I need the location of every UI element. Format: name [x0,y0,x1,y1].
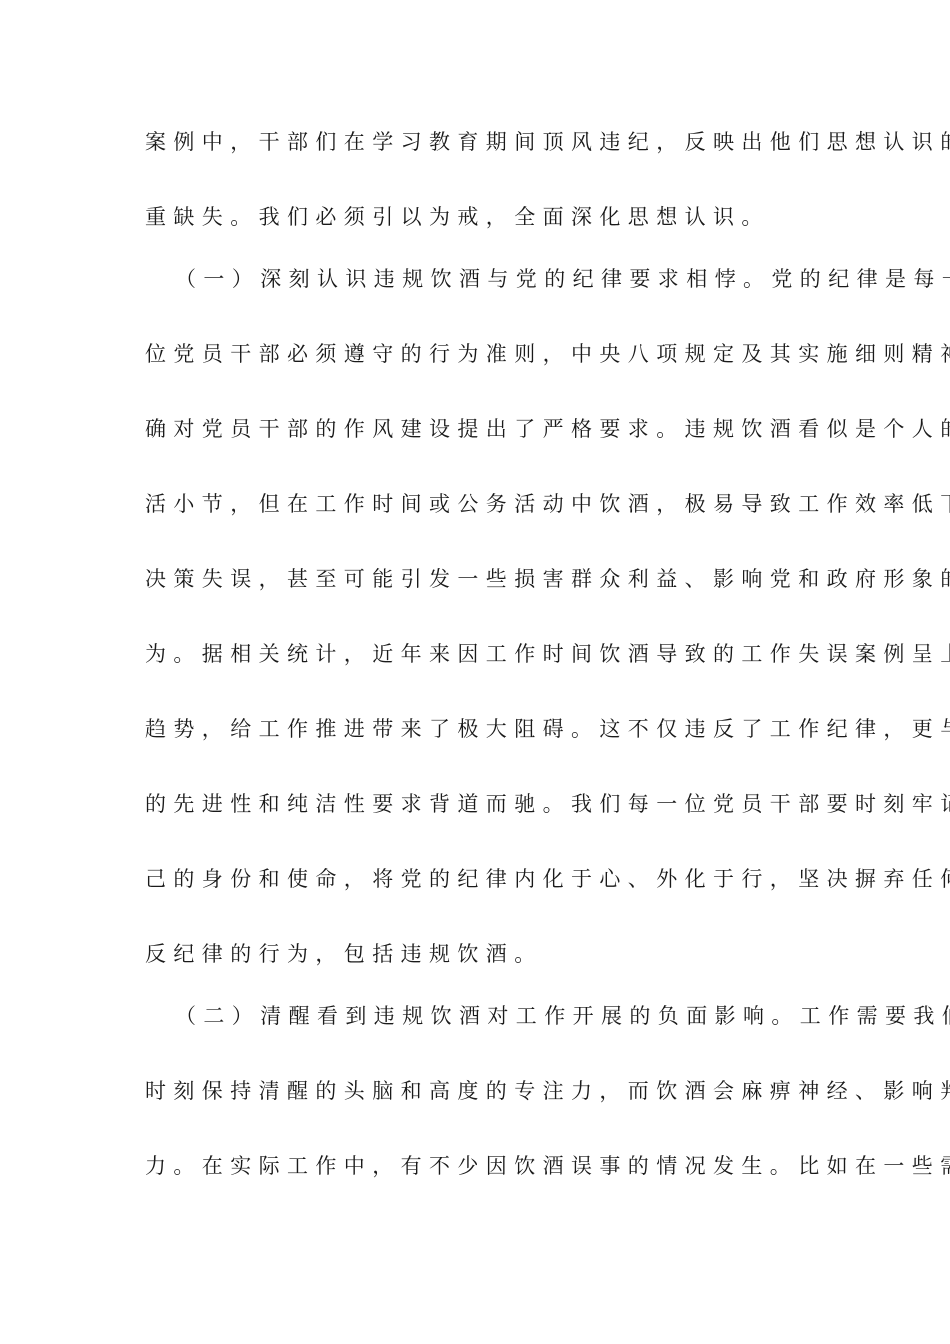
text-line: 决策失误，甚至可能引发一些损害群众利益、影响党和政府形象的行 [145,564,815,594]
text-line: 时刻保持清醒的头脑和高度的专注力，而饮酒会麻痹神经、影响判断 [145,1076,815,1106]
text-line: 确对党员干部的作风建设提出了严格要求。违规饮酒看似是个人的生 [145,414,815,444]
document-page: 案例中，干部们在学习教育期间顶风违纪，反映出他们思想认识的严 重缺失。我们必须引… [0,0,950,1344]
text-line: 案例中，干部们在学习教育期间顶风违纪，反映出他们思想认识的严 [145,127,815,157]
text-line: 的先进性和纯洁性要求背道而驰。我们每一位党员干部要时刻牢记自 [145,789,815,819]
text-line: 力。在实际工作中，有不少因饮酒误事的情况发生。比如在一些需要 [145,1151,815,1181]
section-heading-line: （二）清醒看到违规饮酒对工作开展的负面影响。工作需要我们 [175,1001,845,1031]
text-line: 反纪律的行为，包括违规饮酒。 [145,939,815,969]
text-line: 己的身份和使命，将党的纪律内化于心、外化于行，坚决摒弃任何违 [145,864,815,894]
section-heading-line: （一）深刻认识违规饮酒与党的纪律要求相悖。党的纪律是每一 [175,264,845,294]
text-line: 活小节，但在工作时间或公务活动中饮酒，极易导致工作效率低下、 [145,489,815,519]
text-line: 趋势，给工作推进带来了极大阻碍。这不仅违反了工作纪律，更与党 [145,714,815,744]
text-line: 重缺失。我们必须引以为戒，全面深化思想认识。 [145,202,815,232]
text-line: 为。据相关统计，近年来因工作时间饮酒导致的工作失误案例呈上升 [145,639,815,669]
text-line: 位党员干部必须遵守的行为准则，中央八项规定及其实施细则精神明 [145,339,815,369]
